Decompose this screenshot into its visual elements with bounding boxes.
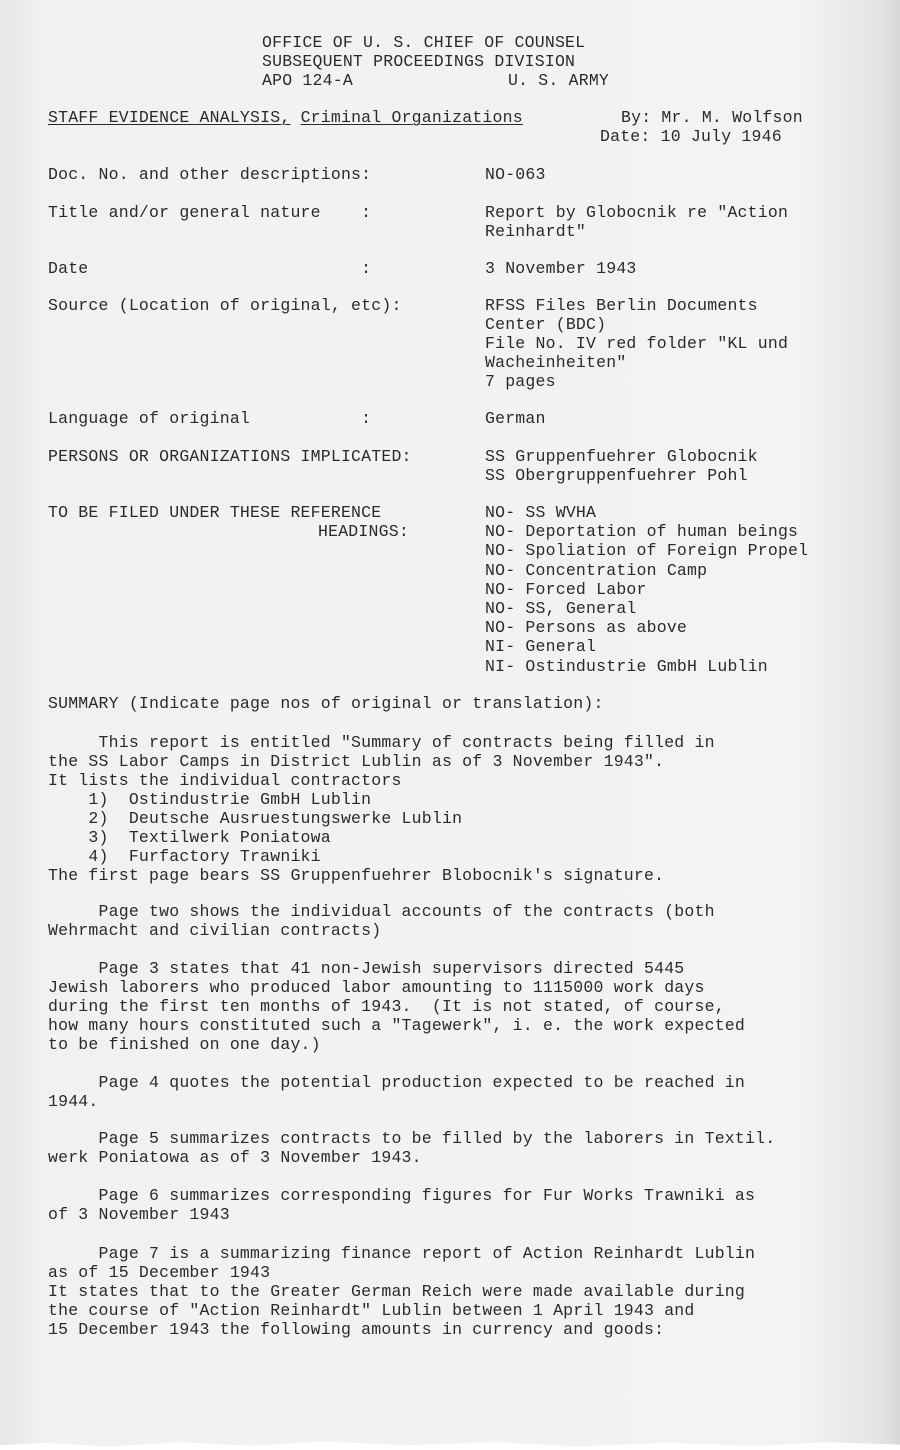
letterhead-army: U. S. ARMY (508, 71, 609, 90)
letterhead-apo: APO 124-A (262, 71, 353, 90)
reference-heading-item: NO- Deportation of human beings (485, 522, 798, 541)
source-line-1: RFSS Files Berlin Documents (485, 296, 758, 315)
summary-paragraph-1-line: 3) Textilwerk Poniatowa (48, 828, 331, 847)
summary-paragraph-5-line: Page 5 summarizes contracts to be filled… (48, 1129, 775, 1148)
analysis-title: STAFF EVIDENCE ANALYSIS, Criminal Organi… (48, 108, 523, 127)
author: By: Mr. M. Wolfson (621, 108, 803, 127)
reference-heading-item: NI- Ostindustrie GmbH Lublin (485, 657, 768, 676)
source-line-3: File No. IV red folder "KL und (485, 334, 788, 353)
summary-paragraph-3-line: to be finished on one day.) (48, 1035, 321, 1054)
summary-paragraph-2-line: Wehrmacht and civilian contracts) (48, 921, 381, 940)
summary-paragraph-1-line: It lists the individual contractors (48, 771, 402, 790)
summary-paragraph-1-line: This report is entitled "Summary of cont… (48, 733, 715, 752)
summary-paragraph-7-line: Page 7 is a summarizing finance report o… (48, 1244, 755, 1263)
language-label: Language of original : (48, 409, 371, 428)
letterhead-line-2: SUBSEQUENT PROCEEDINGS DIVISION (262, 52, 575, 71)
summary-label: SUMMARY (Indicate page nos of original o… (48, 694, 604, 713)
summary-paragraph-2-line: Page two shows the individual accounts o… (48, 902, 715, 921)
summary-paragraph-1-line: 4) Furfactory Trawniki (48, 847, 321, 866)
summary-paragraph-3-line: how many hours constituted such a "Tagew… (48, 1016, 745, 1035)
torn-page-edge (0, 1438, 900, 1450)
reference-heading-item: NO- SS, General (485, 599, 637, 618)
reference-heading-item: NO- Concentration Camp (485, 561, 707, 580)
date-value: 3 November 1943 (485, 259, 637, 278)
doc-no-value: NO-063 (485, 165, 546, 184)
title-value-line-1: Report by Globocnik re "Action (485, 203, 788, 222)
language-value: German (485, 409, 546, 428)
source-line-5: 7 pages (485, 372, 556, 391)
summary-paragraph-7-line: as of 15 December 1943 (48, 1263, 270, 1282)
summary-paragraph-1-line: 2) Deutsche Ausruestungswerke Lublin (48, 809, 462, 828)
source-line-2: Center (BDC) (485, 315, 606, 334)
title-value-line-2: Reinhardt" (485, 222, 586, 241)
analysis-title-part1: STAFF EVIDENCE ANALYSIS, (48, 108, 290, 127)
summary-paragraph-6-line: Page 6 summarizes corresponding figures … (48, 1186, 755, 1205)
source-line-4: Wacheinheiten" (485, 353, 626, 372)
reference-heading-item: NO- Persons as above (485, 618, 687, 637)
analysis-title-part2: Criminal Organizations (301, 108, 523, 127)
doc-no-label: Doc. No. and other descriptions: (48, 165, 371, 184)
summary-paragraph-1-line: 1) Ostindustrie GmbH Lublin (48, 790, 371, 809)
persons-label: PERSONS OR ORGANIZATIONS IMPLICATED: (48, 447, 412, 466)
date-label: Date : (48, 259, 371, 278)
reference-headings-label-2: HEADINGS: (318, 522, 409, 541)
summary-paragraph-4-line: Page 4 quotes the potential production e… (48, 1073, 745, 1092)
reference-heading-item: NO- Forced Labor (485, 580, 647, 599)
analysis-date: Date: 10 July 1946 (600, 127, 782, 146)
summary-paragraph-3-line: Jewish laborers who produced labor amoun… (48, 978, 705, 997)
letterhead-line-1: OFFICE OF U. S. CHIEF OF COUNSEL (262, 33, 585, 52)
summary-paragraph-3-line: during the first ten months of 1943. (It… (48, 997, 725, 1016)
summary-paragraph-1-line: the SS Labor Camps in District Lublin as… (48, 752, 664, 771)
summary-paragraph-5-line: werk Poniatowa as of 3 November 1943. (48, 1148, 422, 1167)
document-page: OFFICE OF U. S. CHIEF OF COUNSEL SUBSEQU… (0, 0, 900, 1450)
reference-headings-label-1: TO BE FILED UNDER THESE REFERENCE (48, 503, 381, 522)
persons-line-2: SS Obergruppenfuehrer Pohl (485, 466, 748, 485)
summary-paragraph-1-line: The first page bears SS Gruppenfuehrer B… (48, 866, 664, 885)
summary-paragraph-6-line: of 3 November 1943 (48, 1205, 230, 1224)
summary-paragraph-3-line: Page 3 states that 41 non-Jewish supervi… (48, 959, 684, 978)
source-label: Source (Location of original, etc): (48, 296, 402, 315)
reference-heading-item: NI- General (485, 637, 596, 656)
summary-paragraph-7-line: It states that to the Greater German Rei… (48, 1282, 745, 1301)
summary-paragraph-7-line: the course of "Action Reinhardt" Lublin … (48, 1301, 695, 1320)
reference-heading-item: NO- Spoliation of Foreign Propel (485, 541, 808, 560)
summary-paragraph-4-line: 1944. (48, 1092, 99, 1111)
reference-heading-item: NO- SS WVHA (485, 503, 596, 522)
title-label: Title and/or general nature : (48, 203, 371, 222)
summary-paragraph-7-line: 15 December 1943 the following amounts i… (48, 1320, 664, 1339)
persons-line-1: SS Gruppenfuehrer Globocnik (485, 447, 758, 466)
